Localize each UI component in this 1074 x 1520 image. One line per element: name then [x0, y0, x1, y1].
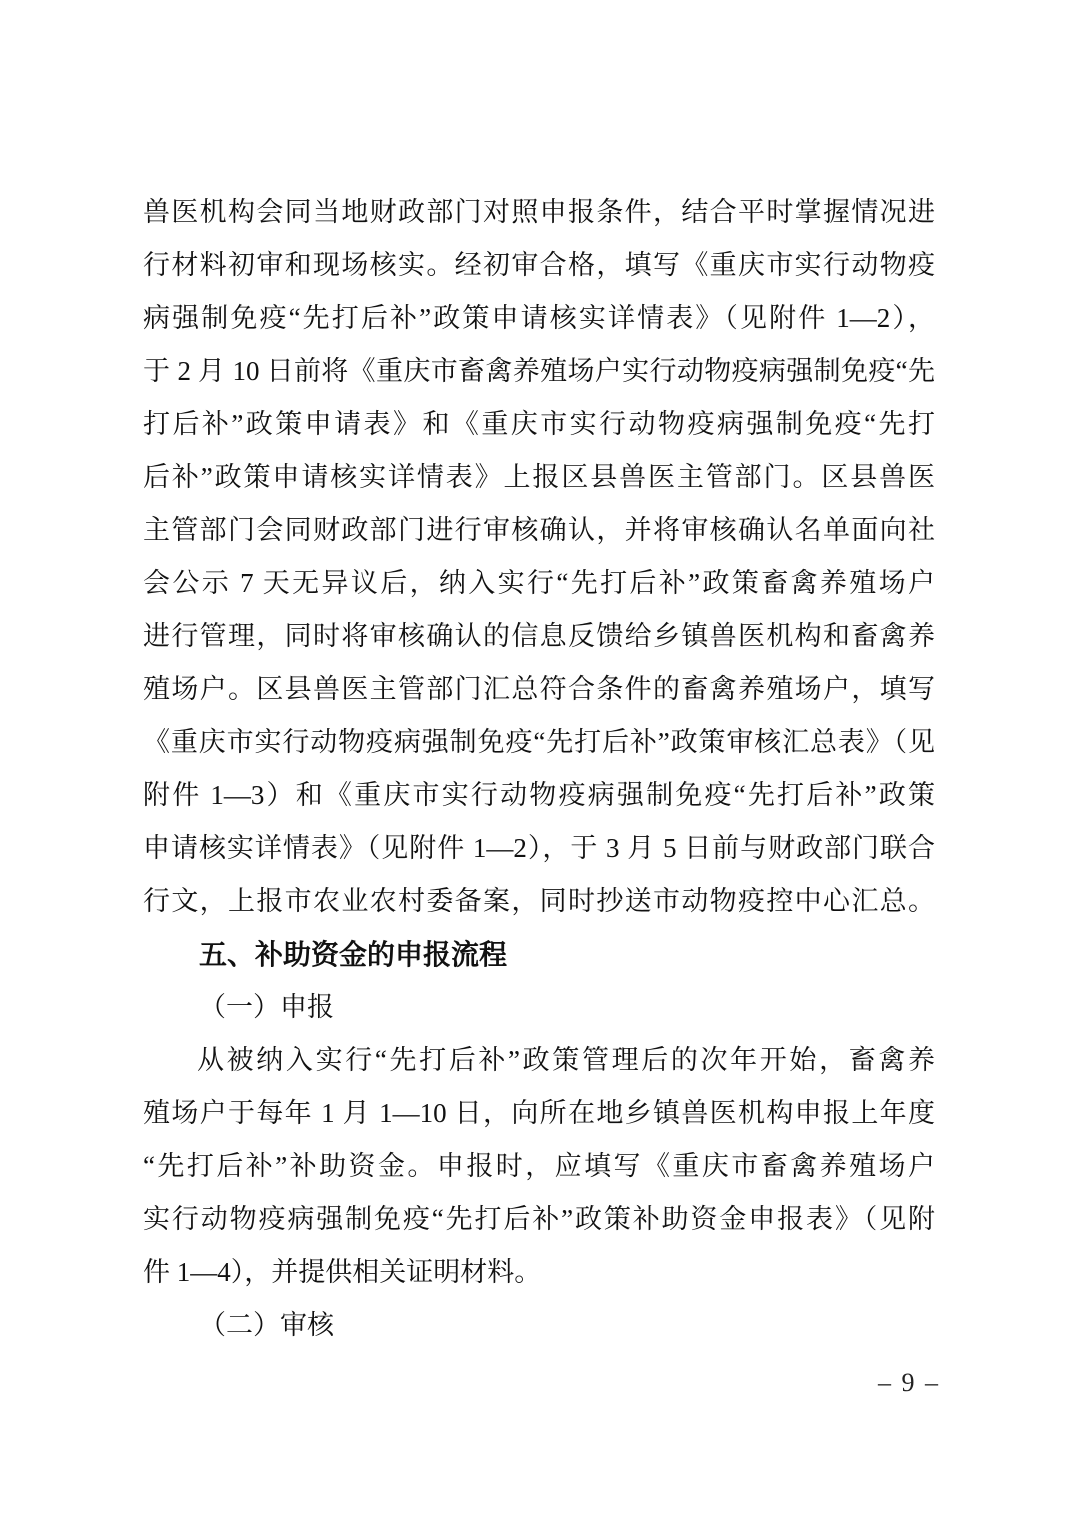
text-line: 进行管理，同时将审核确认的信息反馈给乡镇兽医机构和畜禽养 [143, 610, 935, 663]
text-line: 会公示 7 天无异议后，纳入实行“先打后补”政策畜禽养殖场户 [143, 557, 935, 610]
text-line: 于 2 月 10 日前将《重庆市畜禽养殖场户实行动物疫病强制免疫“先 [143, 345, 935, 398]
text-line: 兽医机构会同当地财政部门对照申报条件，结合平时掌握情况进 [143, 186, 935, 239]
text-line: 后补”政策申请核实详情表》上报区县兽医主管部门。区县兽医 [143, 451, 935, 504]
text-line: 主管部门会同财政部门进行审核确认，并将审核确认名单面向社 [143, 504, 935, 557]
text-line: 殖场户于每年 1 月 1—10 日，向所在地乡镇兽医机构申报上年度 [143, 1087, 935, 1140]
text-line: 行文，上报市农业农村委备案，同时抄送市动物疫控中心汇总。 [143, 875, 935, 928]
text-line: 打后补”政策申请表》和《重庆市实行动物疫病强制免疫“先打 [143, 398, 935, 451]
sub-heading: （一）申报 [143, 981, 935, 1034]
text-line: “先打后补”补助资金。申报时，应填写《重庆市畜禽养殖场户 [143, 1140, 935, 1193]
text-line: 附件 1—3）和《重庆市实行动物疫病强制免疫“先打后补”政策 [143, 769, 935, 822]
text-line: 实行动物疫病强制免疫“先打后补”政策补助资金申报表》（见附 [143, 1193, 935, 1246]
text-line: 殖场户。区县兽医主管部门汇总符合条件的畜禽养殖场户，填写 [143, 663, 935, 716]
text-line: 从被纳入实行“先打后补”政策管理后的次年开始，畜禽养 [143, 1034, 935, 1087]
page-number: – 9 – [878, 1368, 940, 1398]
text-line: 申请核实详情表》（见附件 1—2），于 3 月 5 日前与财政部门联合 [143, 822, 935, 875]
text-line: 《重庆市实行动物疫病强制免疫“先打后补”政策审核汇总表》（见 [143, 716, 935, 769]
text-line: 件 1—4），并提供相关证明材料。 [143, 1246, 935, 1299]
section-heading: 五、补助资金的申报流程 [143, 928, 935, 981]
sub-heading: （二）审核 [143, 1299, 935, 1352]
text-line: 行材料初审和现场核实。经初审合格，填写《重庆市实行动物疫 [143, 239, 935, 292]
document-body: 兽医机构会同当地财政部门对照申报条件，结合平时掌握情况进行材料初审和现场核实。经… [143, 186, 935, 1352]
text-line: 病强制免疫“先打后补”政策申请核实详情表》（见附件 1—2）， [143, 292, 935, 345]
document-page: 兽医机构会同当地财政部门对照申报条件，结合平时掌握情况进行材料初审和现场核实。经… [0, 0, 1074, 1520]
